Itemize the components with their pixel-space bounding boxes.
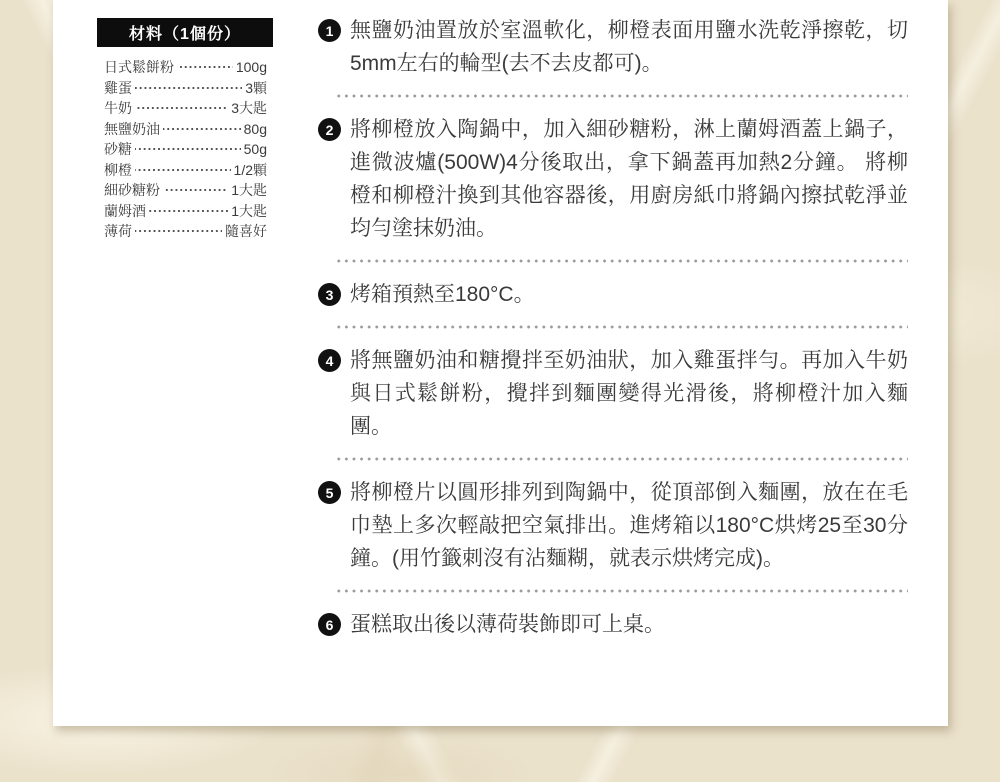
dot-leader <box>135 101 228 115</box>
ingredient-row: 蘭姆酒 1大匙 <box>104 201 267 222</box>
dot-leader <box>163 122 241 136</box>
ingredient-row: 日式鬆餅粉 100g <box>104 57 267 78</box>
step-item-6: 6 蛋糕取出後以薄荷裝飾即可上桌。 <box>318 608 908 641</box>
dot-leader <box>177 60 233 74</box>
ingredients-list: 日式鬆餅粉 100g 雞蛋 3顆 牛奶 3大匙 無鹽奶油 80g 砂糖 <box>104 57 267 242</box>
step-number-badge: 3 <box>318 283 341 306</box>
step-item-3: 3 烤箱預熱至180°C。 <box>318 278 908 311</box>
step-item-2: 2 將柳橙放入陶鍋中，加入細砂糖粉，淋上蘭姆酒蓋上鍋子，進微波爐(500W)4分… <box>318 113 908 245</box>
ingredient-name: 牛奶 <box>104 98 132 118</box>
ingredient-name: 細砂糖粉 <box>104 180 160 200</box>
ingredient-amount: 3顆 <box>245 78 267 98</box>
ingredient-row: 細砂糖粉 1大匙 <box>104 180 267 201</box>
ingredient-amount: 3大匙 <box>231 98 267 118</box>
dot-leader <box>135 142 241 156</box>
dotted-separator <box>335 259 908 263</box>
dot-leader <box>149 204 228 218</box>
ingredient-amount: 1大匙 <box>231 180 267 200</box>
step-number-badge: 5 <box>318 481 341 504</box>
step-text: 蛋糕取出後以薄荷裝飾即可上桌。 <box>350 608 908 641</box>
ingredient-amount: 1大匙 <box>231 201 267 221</box>
ingredient-amount: 1/2顆 <box>234 160 267 180</box>
step-item-1: 1 無鹽奶油置放於室溫軟化，柳橙表面用鹽水洗乾淨擦乾，切5mm左右的輪型(去不去… <box>318 14 908 80</box>
step-text: 無鹽奶油置放於室溫軟化，柳橙表面用鹽水洗乾淨擦乾，切5mm左右的輪型(去不去皮都… <box>350 14 908 80</box>
dot-leader <box>163 183 228 197</box>
ingredient-name: 柳橙 <box>104 160 132 180</box>
step-number-badge: 1 <box>318 19 341 42</box>
ingredient-row: 牛奶 3大匙 <box>104 98 267 119</box>
ingredient-row: 柳橙 1/2顆 <box>104 160 267 181</box>
step-item-4: 4 將無鹽奶油和糖攪拌至奶油狀，加入雞蛋拌勻。再加入牛奶與日式鬆餅粉，攪拌到麵團… <box>318 344 908 443</box>
recipe-page: 材料（1個份） 日式鬆餅粉 100g 雞蛋 3顆 牛奶 3大匙 無鹽奶油 80g <box>0 0 1000 782</box>
ingredient-row: 薄荷 隨喜好 <box>104 221 267 242</box>
ingredient-name: 雞蛋 <box>104 78 132 98</box>
ingredient-amount: 隨喜好 <box>225 221 267 241</box>
step-text: 將柳橙片以圓形排列到陶鍋中，從頂部倒入麵團，放在在毛巾墊上多次輕敲把空氣排出。進… <box>350 476 908 575</box>
dot-leader <box>135 81 242 95</box>
ingredient-amount: 100g <box>236 59 267 75</box>
dot-leader <box>135 163 231 177</box>
step-item-5: 5 將柳橙片以圓形排列到陶鍋中，從頂部倒入麵團，放在在毛巾墊上多次輕敲把空氣排出… <box>318 476 908 575</box>
ingredient-row: 無鹽奶油 80g <box>104 119 267 140</box>
ingredient-name: 無鹽奶油 <box>104 119 160 139</box>
ingredients-title: 材料（1個份） <box>97 18 273 47</box>
ingredient-name: 日式鬆餅粉 <box>104 57 174 77</box>
step-number-badge: 2 <box>318 118 341 141</box>
dotted-separator <box>335 457 908 461</box>
ingredient-amount: 50g <box>244 141 267 157</box>
ingredient-name: 薄荷 <box>104 221 132 241</box>
ingredient-name: 蘭姆酒 <box>104 201 146 221</box>
ingredient-row: 雞蛋 3顆 <box>104 78 267 99</box>
dotted-separator <box>335 589 908 593</box>
ingredient-row: 砂糖 50g <box>104 139 267 160</box>
step-text: 烤箱預熱至180°C。 <box>350 278 908 311</box>
step-text: 將無鹽奶油和糖攪拌至奶油狀，加入雞蛋拌勻。再加入牛奶與日式鬆餅粉，攪拌到麵團變得… <box>350 344 908 443</box>
step-number-badge: 6 <box>318 613 341 636</box>
recipe-panel: 材料（1個份） 日式鬆餅粉 100g 雞蛋 3顆 牛奶 3大匙 無鹽奶油 80g <box>53 0 948 726</box>
step-text: 將柳橙放入陶鍋中，加入細砂糖粉，淋上蘭姆酒蓋上鍋子，進微波爐(500W)4分後取… <box>350 113 908 245</box>
step-number-badge: 4 <box>318 349 341 372</box>
steps-section: 1 無鹽奶油置放於室溫軟化，柳橙表面用鹽水洗乾淨擦乾，切5mm左右的輪型(去不去… <box>318 14 908 641</box>
ingredient-name: 砂糖 <box>104 139 132 159</box>
ingredient-amount: 80g <box>244 121 267 137</box>
dotted-separator <box>335 325 908 329</box>
dotted-separator <box>335 94 908 98</box>
dot-leader <box>135 224 222 238</box>
